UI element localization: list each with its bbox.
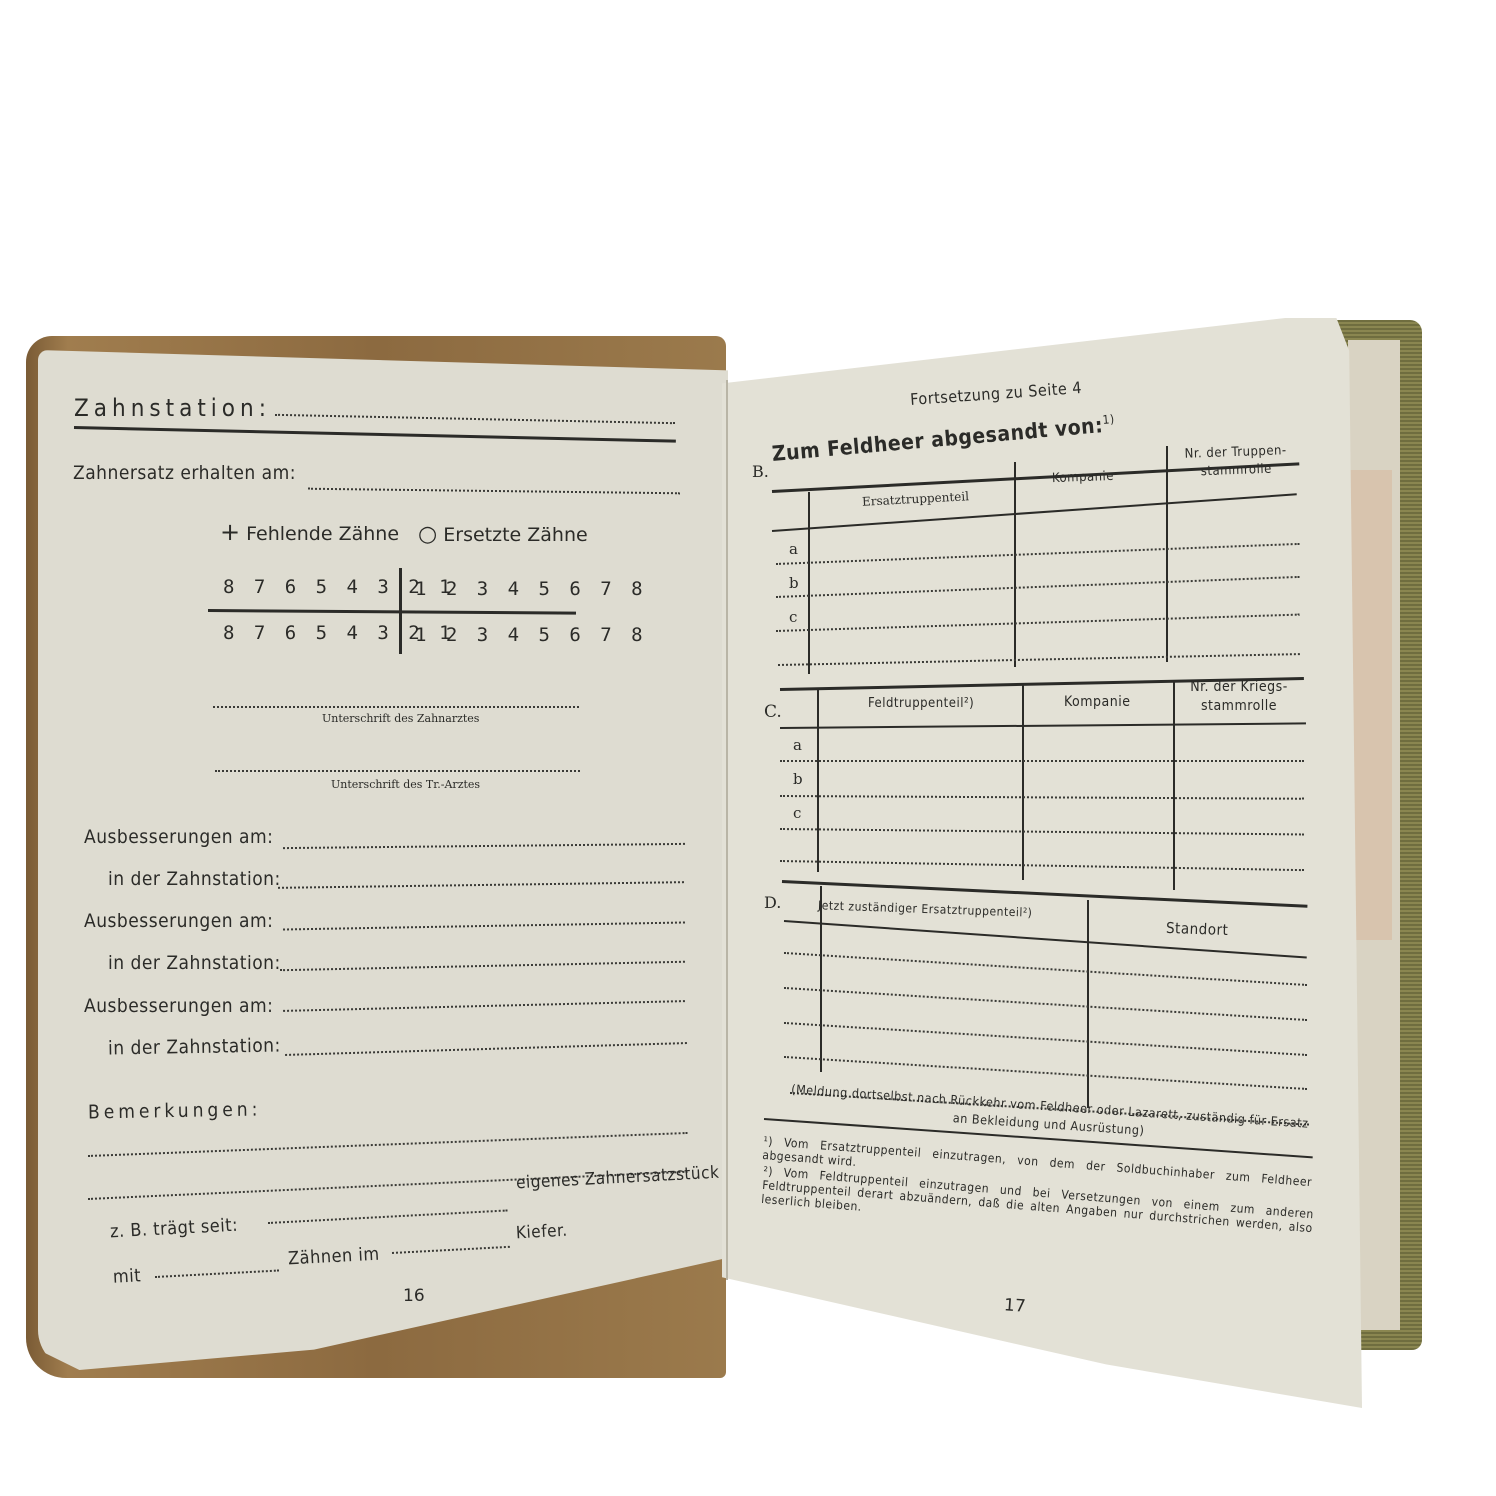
section-b-divider-1: [808, 492, 810, 674]
section-b-divider-2: [1014, 462, 1016, 667]
section-d-col-2: Standort: [1166, 919, 1229, 939]
section-c-row-d-field[interactable]: [780, 860, 1304, 871]
section-d-divider-1: [820, 886, 822, 1072]
section-c-col-2: Kompanie: [1064, 694, 1131, 710]
section-b-col-2: Kompanie: [1052, 469, 1115, 486]
section-c-divider-2: [1022, 684, 1024, 880]
section-b-title: Zum Feldheer abgesandt von:1): [771, 412, 1116, 466]
section-c-row-c: c: [793, 804, 801, 822]
section-c-divider-1: [817, 688, 819, 872]
section-b-row-b-field[interactable]: [776, 576, 1300, 598]
section-d-row-1-field[interactable]: [784, 952, 1307, 986]
section-d-row-3-field[interactable]: [784, 1022, 1307, 1056]
section-b-row-d-field[interactable]: [778, 653, 1300, 666]
section-b-row-c-field[interactable]: [776, 614, 1300, 632]
section-c-row-a-field[interactable]: [780, 760, 1304, 762]
section-c-row-b-field[interactable]: [780, 795, 1304, 800]
section-c-row-a: a: [793, 736, 802, 754]
section-b-col-1: Ersatztruppenteil: [862, 489, 970, 509]
section-b-row-c: c: [789, 608, 797, 626]
section-d-divider-2: [1087, 900, 1089, 1108]
section-b-row-a-field[interactable]: [776, 543, 1300, 565]
section-d-col-1: Jetzt zuständiger Ersatztruppenteil²): [818, 898, 1033, 919]
section-d-note: (Meldung dortselbst nach Rückkehr vom Fe…: [784, 1080, 1315, 1151]
section-c-col-1: Feldtruppenteil²): [868, 696, 974, 711]
section-b-letter: B.: [752, 462, 769, 481]
page-number-right: 17: [1003, 1295, 1026, 1316]
page-right-content: Fortsetzung zu Seite 4 B. Zum Feldheer a…: [0, 0, 1496, 1496]
section-d-letter: D.: [764, 893, 781, 912]
continuation-heading: Fortsetzung zu Seite 4: [910, 378, 1083, 409]
section-b-divider-3: [1166, 446, 1168, 662]
section-b-col-3: Nr. der Truppen-stammrolle: [1175, 442, 1296, 482]
section-c-header-rule: [780, 722, 1306, 729]
section-b-row-b: b: [789, 574, 799, 592]
section-c-row-c-field[interactable]: [780, 828, 1304, 835]
section-b-row-a: a: [789, 540, 798, 558]
section-c-divider-3: [1173, 680, 1175, 890]
section-b-header-rule: [772, 493, 1297, 532]
section-c-letter: C.: [764, 702, 782, 722]
section-d-row-2-field[interactable]: [784, 987, 1307, 1021]
section-c-col-3: Nr. der Kriegs-stammrolle: [1184, 678, 1294, 716]
section-c-row-b: b: [793, 770, 803, 788]
